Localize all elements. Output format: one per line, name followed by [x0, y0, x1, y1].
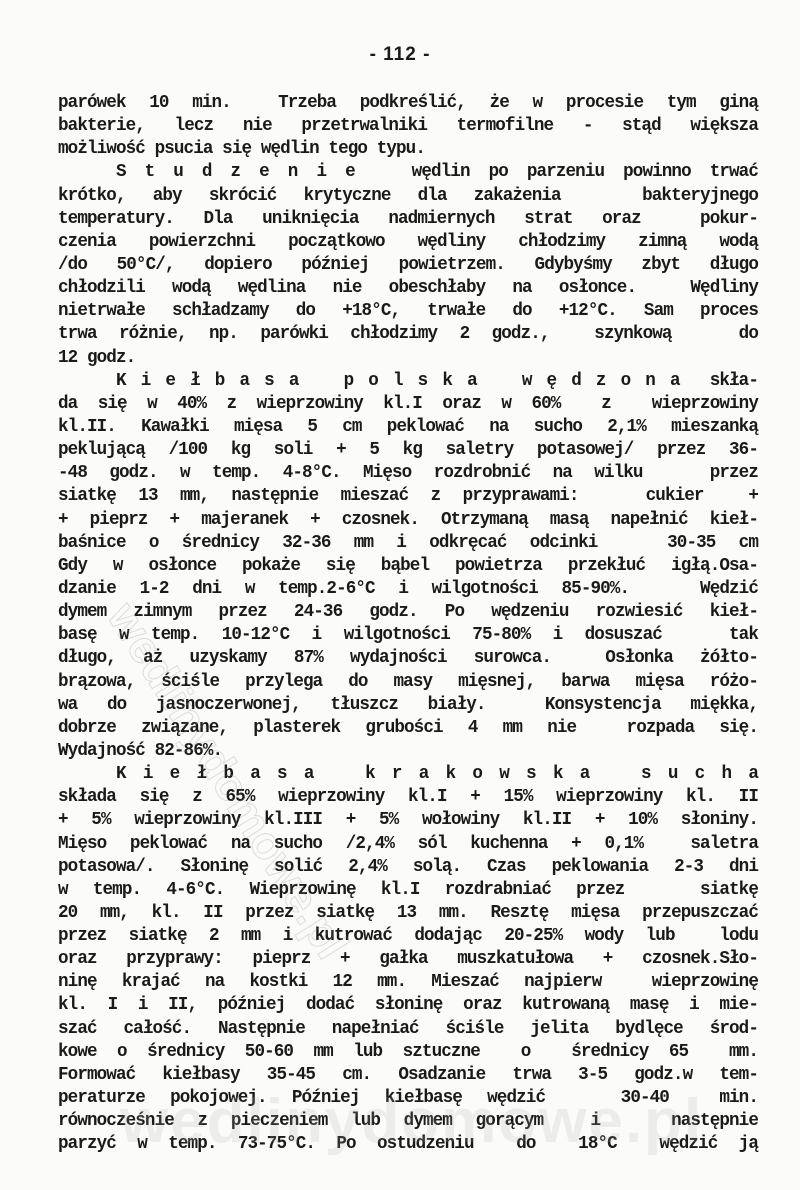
text-line: Wydajność 82-86%.	[58, 739, 758, 763]
text-line: dymem zimnym przez 24-36 godz. Po wędzen…	[58, 601, 758, 625]
text-line: trwa różnie, np. parówki chłodzimy 2 god…	[58, 323, 758, 347]
text-line: /do 50°C/, dopiero później powietrzem. G…	[58, 253, 758, 277]
text-line: równocześnie z pieczeniem lub dymem gorą…	[58, 1110, 758, 1134]
text-line: K i e ł b a s a k r a k o w s k a s u c …	[58, 762, 758, 786]
text-line: da się w 40% z wieprzowiny kl.I oraz w 6…	[58, 392, 758, 416]
text-line: S t u d z e n i e wędlin po parzeniu pow…	[58, 161, 758, 185]
text-line: krótko, aby skrócić krytyczne dla zakaże…	[58, 184, 758, 208]
text-line: Formować kiełbasy 35-45 cm. Osadzanie tr…	[58, 1063, 758, 1087]
text-line: długo, aż uzyskamy 87% wydajności surowc…	[58, 647, 758, 671]
text-line: 12 godz.	[58, 346, 758, 370]
text-line: kl.II. Kawałki mięsa 5 cm peklować na su…	[58, 415, 758, 439]
text-line: siatkę 13 mm, następnie mieszać z przypr…	[58, 485, 758, 509]
text-line: potasowa/. Słoninę solić 2,4% solą. Czas…	[58, 855, 758, 879]
text-line: peklującą /100 kg soli + 5 kg saletry po…	[58, 439, 758, 463]
text-line: Mięso peklować na sucho /2,4% sól kuchen…	[58, 832, 758, 856]
text-line: możliwość psucia się wędlin tego typu.	[58, 138, 758, 162]
text-line: brązowa, ściśle przylega do masy mięsnej…	[58, 670, 758, 694]
text-line: dzanie 1-2 dni w temp.2-6°C i wilgotnośc…	[58, 577, 758, 601]
text-line: peraturze pokojowej. Później kiełbasę wę…	[58, 1086, 758, 1110]
text-line: parówek 10 min. Trzeba podkreślić, że w …	[58, 91, 758, 115]
text-line: K i e ł b a s a p o l s k a w ę d z o n …	[58, 369, 758, 393]
text-line: składa się z 65% wieprzowiny kl.I + 15% …	[58, 786, 758, 810]
text-line: basę w temp. 10-12°C i wilgotności 75-80…	[58, 624, 758, 648]
text-line: oraz przyprawy: pieprz + gałka muszkatuł…	[58, 948, 758, 972]
text-line: bakterie, lecz nie przetrwalniki termofi…	[58, 115, 758, 139]
text-line: temperatury. Dla uniknięcia nadmiernych …	[58, 207, 758, 231]
text-line: 20 mm, kl. II przez siatkę 13 mm. Resztę…	[58, 901, 758, 925]
text-line: czenia powierzchni początkowo wędliny ch…	[58, 230, 758, 254]
text-line: baśnice o średnicy 32-36 mm i odkręcać o…	[58, 531, 758, 555]
text-line: + pieprz + majeranek + czosnek. Otrzyman…	[58, 508, 758, 532]
text-line: w temp. 4-6°C. Wieprzowinę kl.I rozdrabn…	[58, 878, 758, 902]
text-line: + 5% wieprzowiny kl.III + 5% wołowiny kl…	[58, 809, 758, 833]
document-body: parówek 10 min. Trzeba podkreślić, że w …	[58, 92, 758, 1156]
text-line: chłodzili wodą wędlina nie obeschłaby na…	[58, 277, 758, 301]
page-number: - 112 -	[0, 44, 800, 66]
text-line: kl. I i II, później dodać słoninę oraz k…	[58, 994, 758, 1018]
text-line: ninę krajać na kostki 12 mm. Mieszać naj…	[58, 971, 758, 995]
text-line: parzyć w temp. 73-75°C. Po ostudzeniu do…	[58, 1133, 758, 1157]
text-line: nietrwałe schładzamy do +18°C, trwałe do…	[58, 300, 758, 324]
text-line: Gdy w osłonce pokaże się bąbel powietrza…	[58, 554, 758, 578]
text-line: szać całość. Następnie napełniać ściśle …	[58, 1017, 758, 1041]
text-line: wa do jasnoczerwonej, tłuszcz biały. Kon…	[58, 693, 758, 717]
text-line: kowe o średnicy 50-60 mm lub sztuczne o …	[58, 1040, 758, 1064]
text-line: dobrze związane, plasterek grubości 4 mm…	[58, 716, 758, 740]
text-line: -48 godz. w temp. 4-8°C. Mięso rozdrobni…	[58, 462, 758, 486]
text-line: przez siatkę 2 mm i kutrować dodając 20-…	[58, 924, 758, 948]
